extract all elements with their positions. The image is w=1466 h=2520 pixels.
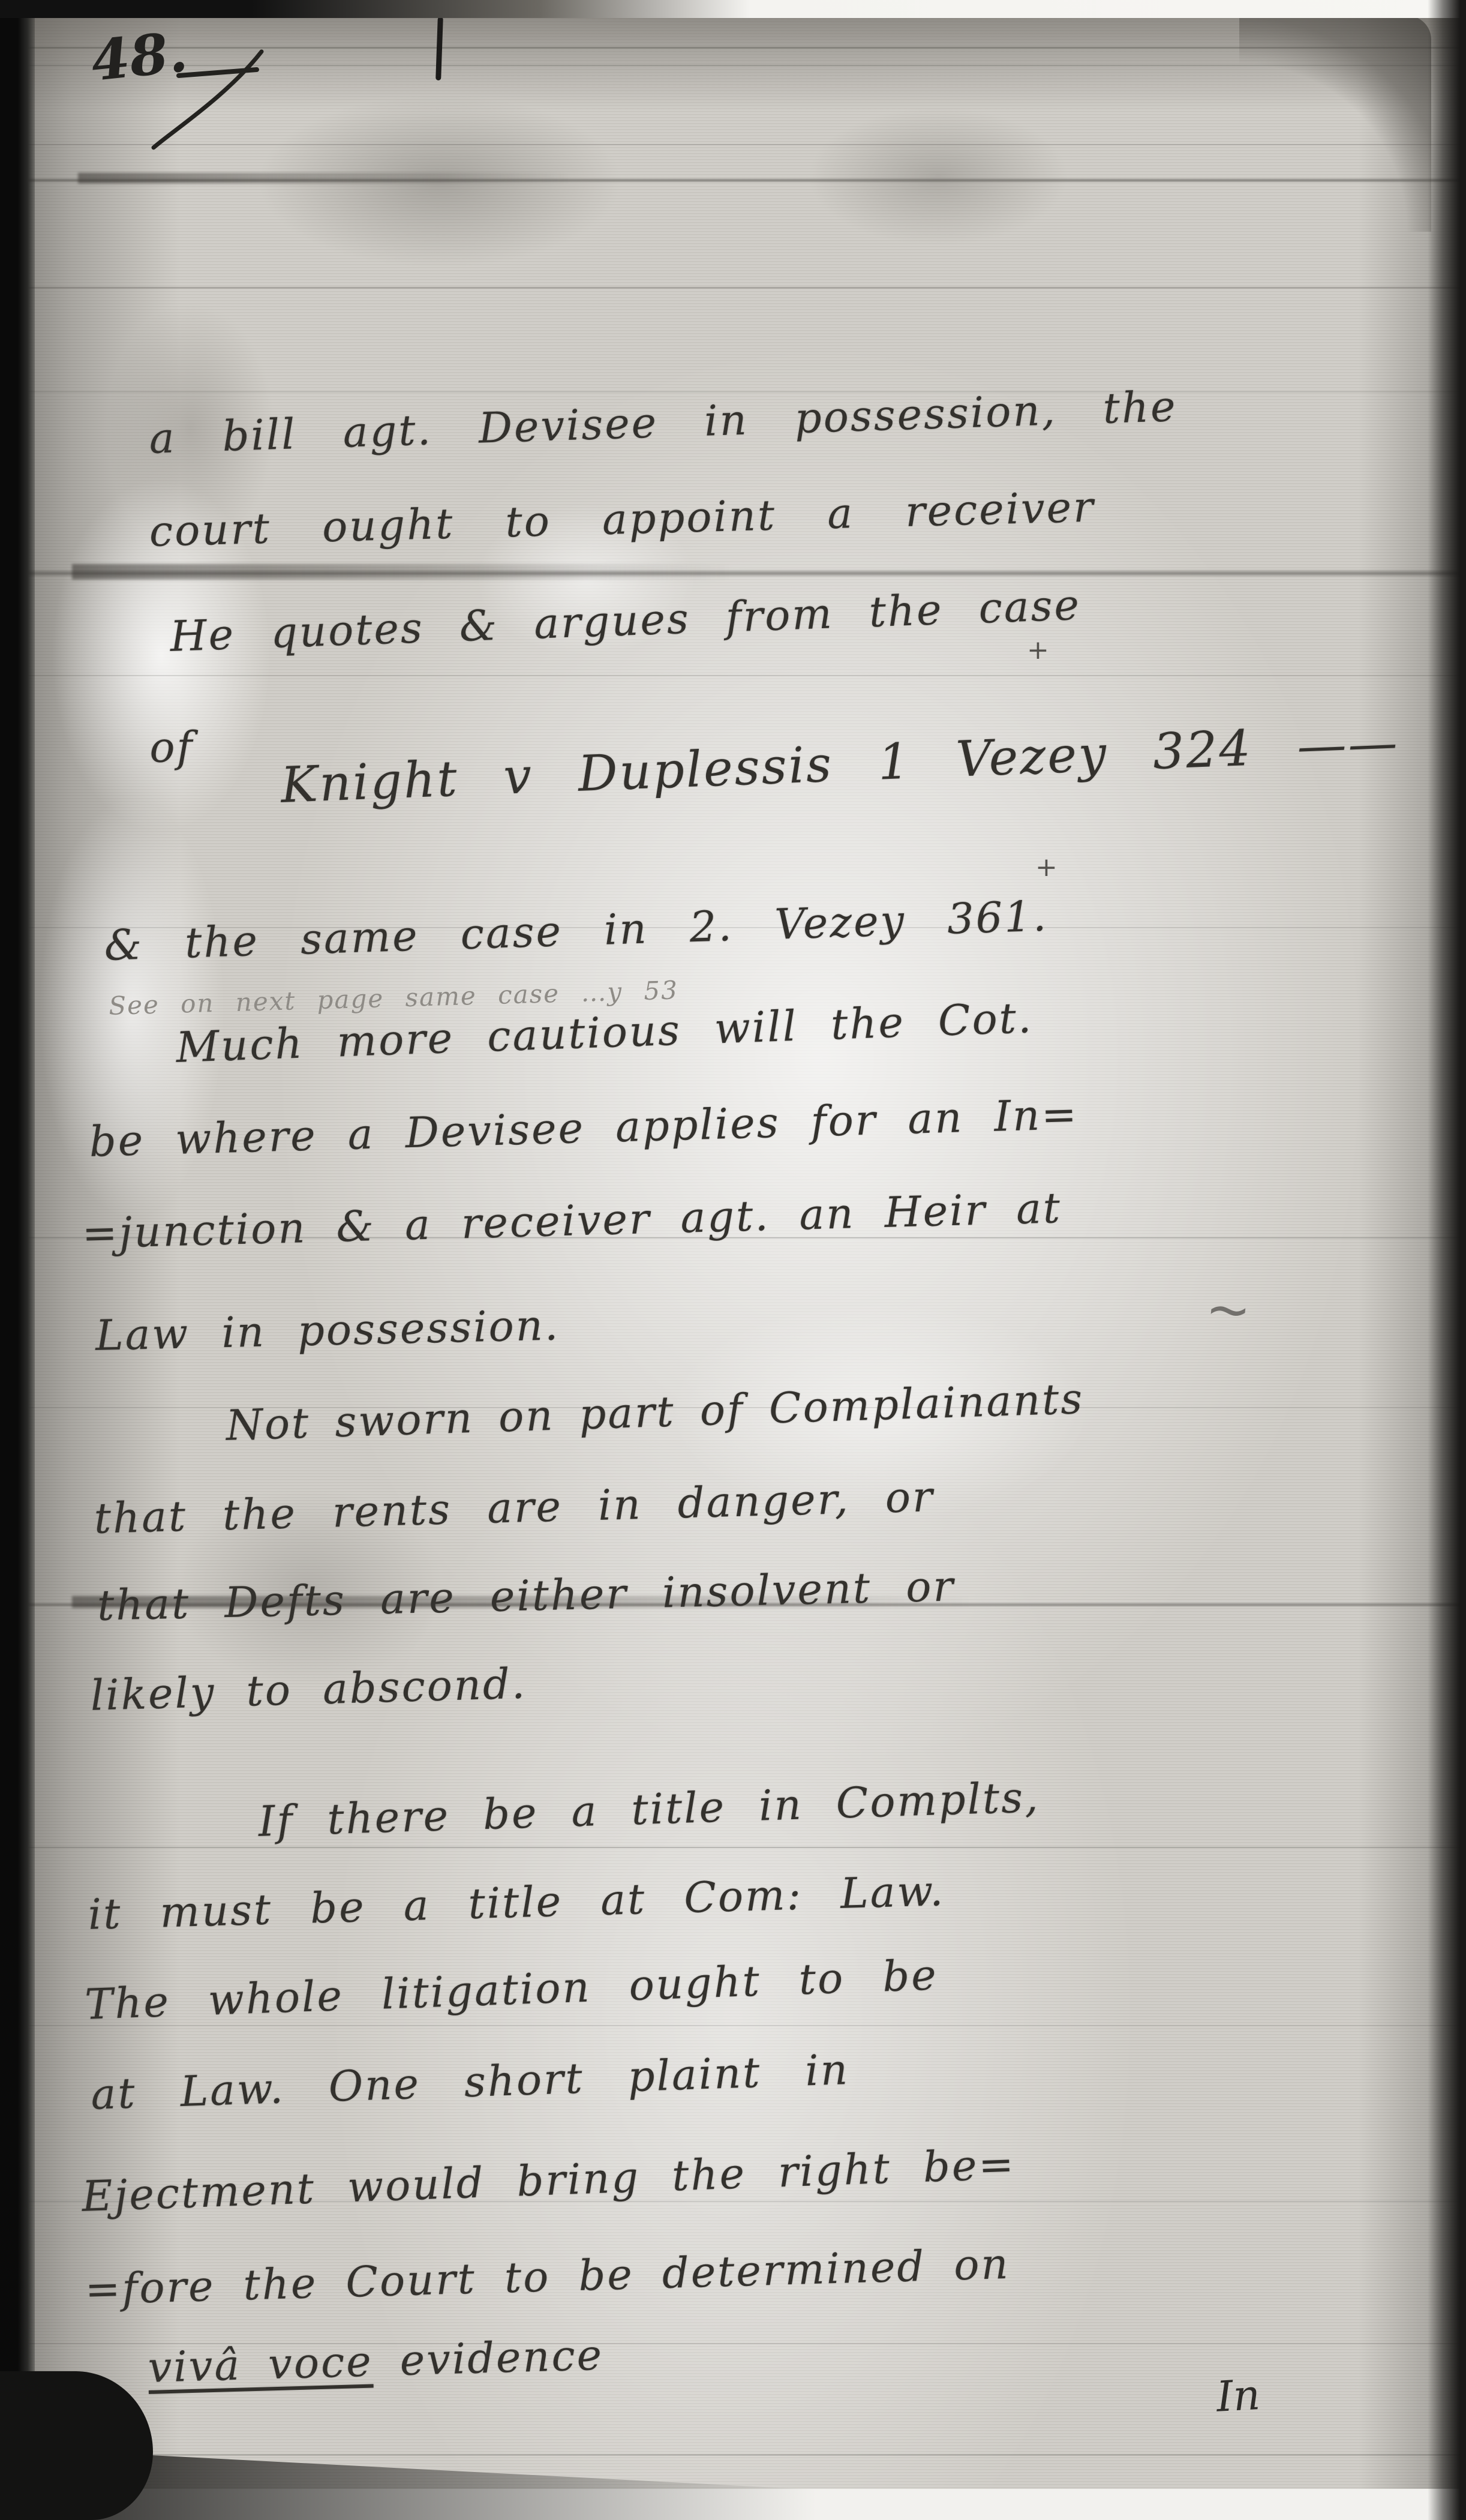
- scanned-manuscript-page: 48. a bill agt. Devisee in possession, t…: [0, 0, 1466, 2520]
- crease-line: [0, 2025, 1466, 2026]
- crease-line: [0, 675, 1466, 676]
- plus-mark: +: [1027, 635, 1049, 665]
- top-right-corner-shadow: [1239, 16, 1431, 232]
- scan-border-top: [0, 0, 1466, 18]
- underlined-phrase-viva-voce: vivâ voce: [148, 2337, 374, 2392]
- plus-mark: +: [1035, 852, 1058, 883]
- final-line-rest: evidence: [372, 2330, 604, 2386]
- manuscript-line-10: Law in possession.: [95, 1300, 560, 1360]
- crease-line: [0, 2454, 1466, 2456]
- crease-line: [0, 287, 1466, 289]
- paper-mottling: [0, 0, 1466, 2520]
- scan-border-right: [1428, 0, 1466, 2520]
- ink-smear: [78, 173, 570, 184]
- manuscript-line-4: of: [149, 722, 194, 772]
- ink-smear: [72, 564, 732, 580]
- crease-line: [0, 1847, 1466, 1848]
- crease-line: [0, 391, 1466, 392]
- page-number-flourish: [137, 41, 317, 155]
- squiggle-mark: ∼: [1203, 1276, 1251, 1343]
- catchword: In: [1215, 2370, 1261, 2422]
- scan-border-left: [0, 0, 35, 2520]
